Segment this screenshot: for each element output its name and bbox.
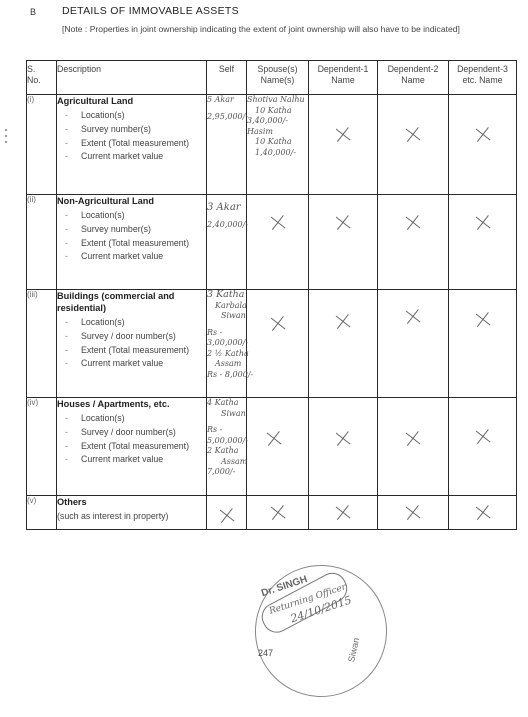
header-dependent-1: Dependent-1Name xyxy=(309,61,378,95)
header-self: Self xyxy=(207,61,247,95)
item-survey: Survey / door number(s) xyxy=(57,426,206,438)
cross-mark-icon xyxy=(474,126,492,144)
row-sno: (i) xyxy=(27,95,57,195)
item-extent: Extent (Total measurement) xyxy=(57,344,206,356)
spouse-value xyxy=(247,496,309,530)
cross-mark-icon xyxy=(404,308,422,326)
row-description: Buildings (commercial and residential) L… xyxy=(57,290,207,398)
row-sno: (ii) xyxy=(27,195,57,290)
dependent-3-value xyxy=(449,496,517,530)
item-survey: Survey number(s) xyxy=(57,123,206,135)
row-sno: (v) xyxy=(27,496,57,530)
item-location: Location(s) xyxy=(57,109,206,121)
table-header-row: S.No. Description Self Spouse(s)Name(s) … xyxy=(27,61,517,95)
dependent-1-value xyxy=(309,398,378,496)
dependent-2-value xyxy=(378,195,449,290)
self-value: 3 Akar 2,40,000/- xyxy=(207,195,247,290)
cross-mark-icon xyxy=(334,504,352,522)
dependent-3-value xyxy=(449,195,517,290)
item-location: Location(s) xyxy=(57,209,206,221)
spouse-value xyxy=(247,290,309,398)
item-market-value: Current market value xyxy=(57,357,206,369)
item-survey: Survey / door number(s) xyxy=(57,330,206,342)
cross-mark-icon xyxy=(474,311,492,329)
section-title: DETAILS OF IMMOVABLE ASSETS xyxy=(62,5,239,17)
spouse-value xyxy=(247,195,309,290)
row-description: Others (such as interest in property) xyxy=(57,496,207,530)
table-row: (i) Agricultural Land Location(s) Survey… xyxy=(27,95,517,195)
self-value xyxy=(207,496,247,530)
section-note: [Note : Properties in joint ownership in… xyxy=(62,22,517,36)
header-sno: S.No. xyxy=(27,61,57,95)
table-row: (iv) Houses / Apartments, etc. Location(… xyxy=(27,398,517,496)
cross-mark-icon xyxy=(334,214,352,232)
cross-mark-icon xyxy=(474,504,492,522)
section-letter: B xyxy=(30,7,36,17)
cross-mark-icon xyxy=(269,504,287,522)
dependent-1-value xyxy=(309,195,378,290)
stamp-place: Siwan xyxy=(346,637,361,663)
dependent-3-value xyxy=(449,398,517,496)
cross-mark-icon xyxy=(404,504,422,522)
header-dependent-2: Dependent-2Name xyxy=(378,61,449,95)
item-location: Location(s) xyxy=(57,412,206,424)
row-sno: (iii) xyxy=(27,290,57,398)
dependent-3-value xyxy=(449,95,517,195)
table-row: (v) Others (such as interest in property… xyxy=(27,496,517,530)
row-description: Houses / Apartments, etc. Location(s) Su… xyxy=(57,398,207,496)
item-survey: Survey number(s) xyxy=(57,223,206,235)
category-title: Non-Agricultural Land xyxy=(57,195,206,207)
row-description: Non-Agricultural Land Location(s) Survey… xyxy=(57,195,207,290)
spouse-value: Shotiva Nalhu 10 Katha 3,40,000/- Hasim … xyxy=(247,95,309,195)
self-value: 4 Katha Siwan Rs - 5,00,000/- 2 Katha As… xyxy=(207,398,247,496)
item-extent: Extent (Total measurement) xyxy=(57,440,206,452)
cross-mark-icon xyxy=(474,428,492,446)
dependent-1-value xyxy=(309,95,378,195)
dependent-3-value xyxy=(449,290,517,398)
immovable-assets-table: S.No. Description Self Spouse(s)Name(s) … xyxy=(26,60,517,530)
table-row: (iii) Buildings (commercial and resident… xyxy=(27,290,517,398)
category-title: Others xyxy=(57,496,206,508)
cross-mark-icon xyxy=(474,214,492,232)
self-value: 5 Akar 2,95,000/- xyxy=(207,95,247,195)
dependent-2-value xyxy=(378,496,449,530)
cross-mark-icon xyxy=(265,430,291,448)
header-description: Description xyxy=(57,61,207,95)
header-spouse: Spouse(s)Name(s) xyxy=(247,61,309,95)
self-value: 3 Katha Karbala Siwan Rs - 3,00,000/- 2 … xyxy=(207,290,247,398)
page-number: 247 xyxy=(258,648,273,658)
item-market-value: Current market value xyxy=(57,453,206,465)
cross-mark-icon xyxy=(404,214,422,232)
dependent-1-value xyxy=(309,290,378,398)
row-sno: (iv) xyxy=(27,398,57,496)
category-title: Houses / Apartments, etc. xyxy=(57,398,206,410)
row-description: Agricultural Land Location(s) Survey num… xyxy=(57,95,207,195)
spouse-value xyxy=(247,398,309,496)
dependent-1-value xyxy=(309,496,378,530)
cross-mark-icon xyxy=(404,430,422,448)
cross-mark-icon xyxy=(269,214,287,232)
table-row: (ii) Non-Agricultural Land Location(s) S… xyxy=(27,195,517,290)
cross-mark-icon xyxy=(269,315,287,333)
dependent-2-value xyxy=(378,290,449,398)
category-subtitle: (such as interest in property) xyxy=(57,510,206,522)
item-extent: Extent (Total measurement) xyxy=(57,137,206,149)
official-seal-stamp: Dr. SINGH Returning Officer 24/10/2015 S… xyxy=(238,548,404,714)
cross-mark-icon xyxy=(218,507,236,525)
item-location: Location(s) xyxy=(57,316,206,328)
cross-mark-icon xyxy=(334,313,352,331)
dependent-2-value xyxy=(378,95,449,195)
cross-mark-icon xyxy=(404,126,422,144)
item-extent: Extent (Total measurement) xyxy=(57,237,206,249)
item-market-value: Current market value xyxy=(57,250,206,262)
cross-mark-icon xyxy=(334,430,352,448)
cross-mark-icon xyxy=(334,126,352,144)
category-title: Buildings (commercial and residential) xyxy=(57,290,206,314)
item-market-value: Current market value xyxy=(57,150,206,162)
category-title: Agricultural Land xyxy=(57,95,206,107)
dependent-2-value xyxy=(378,398,449,496)
scan-artifact xyxy=(5,125,8,155)
header-dependent-3: Dependent-3etc. Name xyxy=(449,61,517,95)
